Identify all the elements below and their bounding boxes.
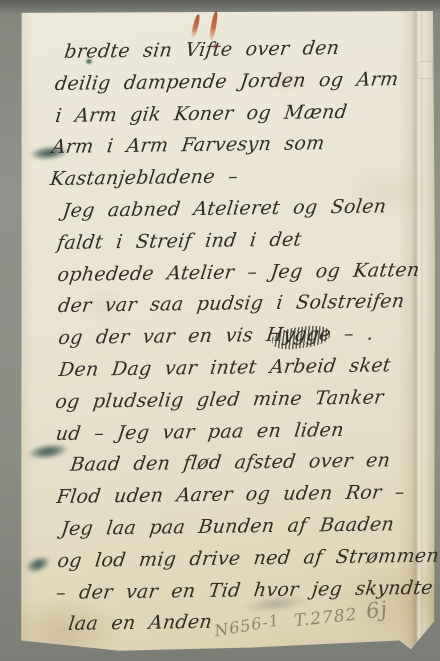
manuscript-line: og der var en vis Hygge – . [56,318,440,355]
manuscript-line: deilig dampende Jorden og Arm [53,63,439,100]
manuscript-line: bredte sin Vifte over den [52,32,438,69]
manuscript-line: Jeg aabned Atelieret og Solen [55,191,440,228]
manuscript-line: Flod uden Aarer og uden Ror – [55,477,440,514]
initials-annotation: 6j [364,597,389,624]
scan-background: bredte sin Vifte over den deilig dampend… [0,0,440,661]
manuscript-line: Jeg laa paa Bunden af Baaden [59,509,440,546]
manuscript-line: Den Dag var intet Arbeid sket [57,350,440,387]
handwritten-text-block: bredte sin Vifte over den deilig dampend… [52,32,440,641]
manuscript-line: og pludselig gled mine Tanker [53,381,440,418]
manuscript-line: faldt i Streif ind i det [55,222,440,259]
manuscript-line: og lod mig drive ned af Strømmen [56,540,440,577]
